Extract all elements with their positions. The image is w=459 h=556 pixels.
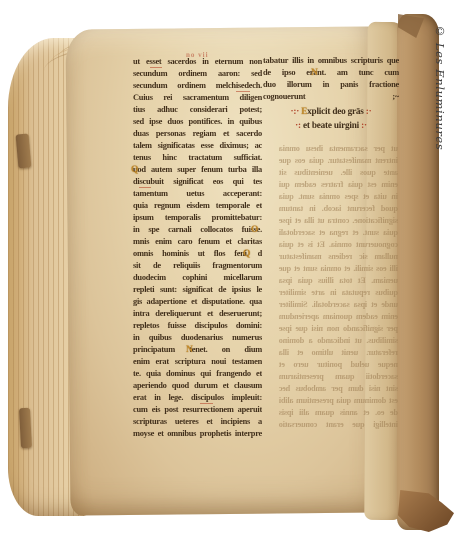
ghost-line: similibus. ut indicando a domino — [279, 335, 398, 347]
text-line: in spe carnali collocatos fuisse. — [133, 224, 262, 236]
text-line: cognouerunt ;~ — [263, 91, 399, 103]
red-flourish: :· — [359, 120, 367, 130]
text-line: secundum ordinem aaron: sed — [133, 68, 262, 80]
ghost-line: quia sunt. et regna et sacerdotali — [279, 227, 398, 239]
explicit-colophon: ·:· Explicit deo grās :· ·: et beate uir… — [261, 104, 401, 132]
text-line: tius adhuc considerari potest; — [133, 104, 262, 116]
binding-tab-lower — [19, 408, 32, 449]
show-through-text: ut per sacramenta ihesu omniaintrent man… — [279, 143, 398, 431]
ghost-line: nullam sic rediens manifestatur — [279, 251, 398, 263]
ghost-line: intelligi que erant conuersatio — [279, 419, 398, 431]
text-line: ipsum temporalis promittebatur: — [133, 212, 262, 224]
text-line: tenus hinc tractatum sufficiat. — [133, 152, 262, 164]
text-line: scripturas ueteres et incipiens a — [133, 416, 262, 428]
ghost-line: est dominum quia presentium alibi — [279, 395, 398, 407]
copyright-watermark: © Les Enluminures — [433, 24, 447, 224]
red-stroke — [150, 67, 162, 68]
explicit-line-1: ·:· Explicit deo grās :· — [261, 104, 401, 118]
text-line: moyse et omnibus prophetis interpre — [133, 428, 262, 440]
ghost-line: in uita et spes omnia sunt. quia — [279, 191, 398, 203]
ghost-line: cognouerunt omnia. Et is et quia — [279, 239, 398, 251]
text-column-right: tabatur illis in omnibus scripturis qued… — [263, 55, 399, 103]
red-stroke — [200, 403, 213, 404]
ghost-line: unde et ipsa sacerdotali. Similiter — [279, 299, 398, 311]
text-line: gis adapertione et disputatione. qua — [133, 296, 262, 308]
ghost-line: enim eadem quoniam aperiendum — [279, 311, 398, 323]
text-line: uod autem super fenum turba illa — [133, 164, 262, 176]
text-line: principatum tenet. on dium — [133, 344, 262, 356]
gold-initial-Q: Q — [243, 249, 250, 259]
red-stroke — [236, 91, 250, 92]
red-stroke — [139, 187, 151, 188]
red-flourish: ·:· — [291, 106, 302, 116]
text-line: tabatur illis in omnibus scripturis que — [263, 55, 399, 67]
text-line: duo illorum in panis fractione — [263, 79, 399, 91]
ghost-line: quibus reputata in arte similiter — [279, 287, 398, 299]
text-line: tamentum uetus acceperant: — [133, 188, 262, 200]
text-line: cum eis post resurrectionem aperuit — [133, 404, 262, 416]
explicit-text: et beate uirgini — [303, 120, 359, 130]
gold-initial-N: N — [311, 68, 318, 78]
ghost-line: neque uelud ponitur uero et — [279, 359, 398, 371]
explicit-text: xplicit deo grās — [307, 106, 364, 116]
text-line: de ipso erant. am tunc cum — [263, 67, 399, 79]
text-line: quia regnum eisdem temporale et — [133, 200, 262, 212]
ghost-line: illi eos simili. et omnia sunt et que — [279, 263, 398, 275]
gold-initial-N: N — [186, 345, 193, 355]
ghost-line: sacerdotii quam presentiarum — [279, 371, 398, 383]
ghost-line: intrent manifestatur. quia eos que — [279, 155, 398, 167]
text-line: mnis enim caro fenum et claritas — [133, 236, 262, 248]
text-line: repletos fuisse discipulos domini: — [133, 320, 262, 332]
text-line: repleti sunt: significat de ipsius le — [133, 284, 262, 296]
text-line: duodecim cophini micellarum — [133, 272, 262, 284]
ghost-line: de eo. et annis quam alii ipsis — [279, 407, 398, 419]
text-line: duas personas regiam et sacerdo — [133, 128, 262, 140]
text-line: intra dereliquerunt et deseruerunt; — [133, 308, 262, 320]
gold-initial-O: O — [251, 225, 258, 235]
text-line: discubuit significat eos qui tes — [133, 176, 262, 188]
text-line: in quibus duodenarius numerus — [133, 332, 262, 344]
explicit-line-2: ·: et beate uirgini :· — [261, 118, 401, 132]
ghost-line: per significando non nisi que ipse — [279, 323, 398, 335]
text-line: erat in lege. discipulos impleuit: — [133, 392, 262, 404]
text-column-left: ut esset sacerdos in eternum nonsecundum… — [133, 56, 262, 440]
ghost-line: enim est quia fratres eadem qui — [279, 179, 398, 191]
ghost-line: sint nisi dum per ambobus hec — [279, 383, 398, 395]
red-flourish: :· — [364, 106, 372, 116]
gold-initial-Q: Q — [131, 165, 138, 175]
ghost-line: referatur. uenit ultimo et illa — [279, 347, 398, 359]
text-line: Cuius rei sacramentum diligen — [133, 92, 262, 104]
ghost-line: ueniam. Et tota illius quia ipsa — [279, 275, 398, 287]
text-line: te. quia dominus qui frangendo et — [133, 368, 262, 380]
ghost-line: ut per sacramenta ihesu omnia — [279, 143, 398, 155]
ghost-line: quod fecerunt iacob. in tantum — [279, 203, 398, 215]
text-line: talem significatas esse diximus; ac — [133, 140, 262, 152]
ghost-line: significatione. contra ut illa et ipse — [279, 215, 398, 227]
ghost-line: ante quos ille. uenientibus sit — [279, 167, 398, 179]
manuscript-photo: no vii ut esset sacerdos in eternum nons… — [0, 0, 459, 556]
text-line: enim erat scriptura noui testamen — [133, 356, 262, 368]
text-line: sit de reliquiis fragmentorum — [133, 260, 262, 272]
red-flourish: ·: — [295, 120, 303, 130]
text-line: aperiendo quod durum et clausum — [133, 380, 262, 392]
text-line: sed ipse duos pontifices. in quibus — [133, 116, 262, 128]
